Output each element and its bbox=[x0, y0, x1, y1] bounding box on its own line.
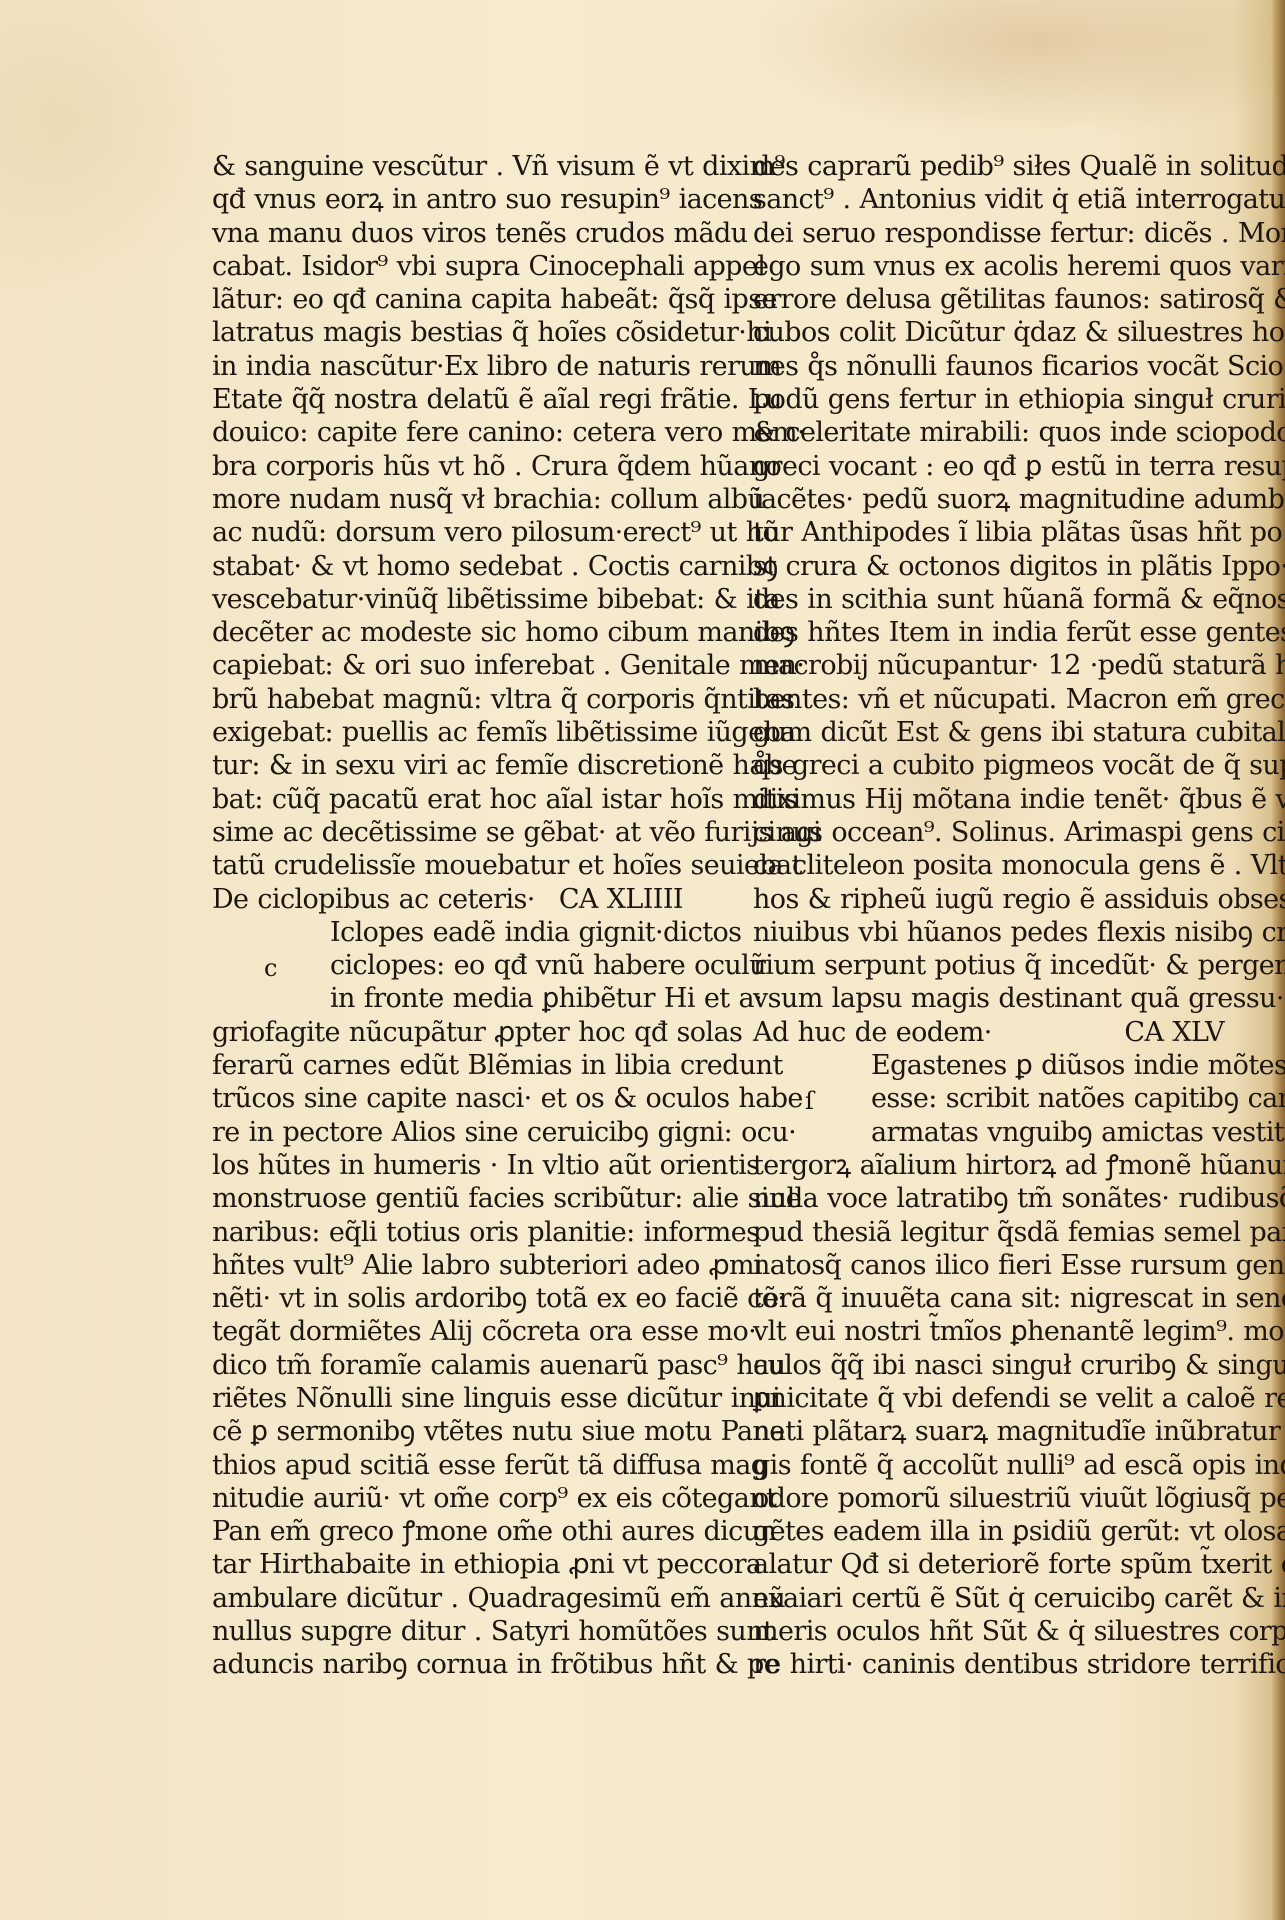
text-line: tatũ crudelissĩe mouebatur et hoĩes seui… bbox=[212, 849, 687, 882]
text-line: dico tm̃ foramĩe calamis auenarũ pasc⁹ h… bbox=[212, 1349, 687, 1382]
text-line: sanct⁹ . Antonius vidit q̇ etiã interrog… bbox=[753, 183, 1228, 216]
text-line: cabat. Isidor⁹ vbi supra Cinocephali app… bbox=[212, 250, 687, 283]
text-line: ego sum vnus ex acolis heremi quos vario bbox=[753, 250, 1228, 283]
text-line: vlt eui nostri t̃mĩos ꝑhenantẽ legim⁹. m… bbox=[753, 1315, 1228, 1348]
text-line: odore pomorũ siluestriũ viuũt lõgiusq̃ p… bbox=[753, 1482, 1228, 1515]
chapter-number: CA XLV bbox=[1124, 1016, 1228, 1049]
text-line: tur Anthipodes ĩ libia plãtas ũsas hñt p… bbox=[753, 516, 1228, 549]
text-line: greci vocant : eo qđ ꝑ estũ in terra res… bbox=[753, 450, 1228, 483]
text-line-indented: Iclopes eadẽ india gignit·dictos bbox=[212, 916, 687, 949]
text-line: ꝑnicitate q̃ vbi defendi se velit a calo… bbox=[753, 1382, 1228, 1415]
text-line-indented: Egastenes ꝑ diũsos indie mõtes bbox=[753, 1049, 1228, 1082]
text-line: cubos colit Dicũtur q̇daz & siluestres h… bbox=[753, 316, 1228, 349]
text-line: trũcos sine capite nasci· et os & oculos… bbox=[212, 1082, 687, 1115]
text-line: more nudam nusq̃ vł brachia: collum albũ bbox=[212, 483, 687, 516]
text-line: los hũtes in humeris · In vltio aũt orie… bbox=[212, 1149, 687, 1182]
text-line: ca cliteleon posita monocula gens ẽ . Vl… bbox=[753, 849, 1228, 882]
text-column-right: des caprarũ pedib⁹ siłes Qualẽ in solitu… bbox=[753, 150, 1228, 1682]
book-page: & sanguine vescũtur . Vñ visum ẽ vt dixi… bbox=[0, 0, 1285, 1920]
text-line: nulla voce latratibꝯ tm̃ sonãtes· rudibu… bbox=[753, 1182, 1228, 1215]
guide-letter: c bbox=[264, 952, 277, 985]
text-line: re hirti· caninis dentibus stridore terr… bbox=[753, 1648, 1228, 1681]
chapter-title: Ad huc de eodem· bbox=[753, 1016, 992, 1049]
chapter-opening: cIclopes eadẽ india gignit·dictosciclope… bbox=[212, 916, 687, 1016]
text-column-left: & sanguine vescũtur . Vñ visum ẽ vt dixi… bbox=[212, 150, 687, 1682]
text-line: nitudie auriũ· vt om̃e corp⁹ ex eis cõte… bbox=[212, 1482, 687, 1515]
text-line: culos q̃q̃ ibi nasci singuł cruribꝯ & si… bbox=[753, 1349, 1228, 1382]
text-line: decẽter ac modeste sic homo cibum manibꝯ bbox=[212, 616, 687, 649]
chapter-heading: Ad huc de eodem·CA XLV bbox=[753, 1016, 1228, 1049]
text-line: pud thesiã legitur q̃sdã femias semel pa… bbox=[753, 1216, 1228, 1249]
text-line: hos & ripheũ iugũ regio ẽ assiduis obses… bbox=[753, 883, 1228, 916]
text-line: meris oculos hñt Sũt & q̇ siluestres cor… bbox=[753, 1615, 1228, 1648]
text-line: re in pectore Alios sine ceruicibꝯ gigni… bbox=[212, 1116, 687, 1149]
chapter-heading: De ciclopibus ac ceteris·CA XLIIII bbox=[212, 883, 687, 916]
text-line: ac nudũ: dorsum vero pilosum·erect⁹ ut h… bbox=[212, 516, 687, 549]
text-line-indented: ciclopes: eo qđ vnũ habere oculũ bbox=[212, 949, 687, 982]
text-line: tur: & in sexu viri ac femĩe discretionẽ… bbox=[212, 749, 687, 782]
text-line: bentes: vñ et nũcupati. Macron em̃ greci… bbox=[753, 683, 1228, 716]
text-line: niuibus vbi hũanos pedes flexis nisibꝯ c… bbox=[753, 916, 1228, 949]
text-line: macrobij nũcupantur· 12 ·pedũ staturã ha… bbox=[753, 649, 1228, 682]
text-line: exaiari certũ ẽ Sũt q̇ ceruicibꝯ carẽt &… bbox=[753, 1582, 1228, 1615]
text-line: alatur Qđ si deteriorẽ forte spũm t̃xeri… bbox=[753, 1548, 1228, 1581]
text-line: monstruose gentiũ facies scribũtur: alie… bbox=[212, 1182, 687, 1215]
chapter-number: CA XLIIII bbox=[559, 883, 687, 916]
text-line: iacẽtes· pedũ suorꝝ magnitudine adumbren bbox=[753, 483, 1228, 516]
chapter-title: De ciclopibus ac ceteris· bbox=[212, 883, 535, 916]
text-line: bra corporis hũs vt hõ . Crura q̃dem hũa… bbox=[212, 450, 687, 483]
text-line: tar Hirthabaite in ethiopia ꝓni vt pecco… bbox=[212, 1548, 687, 1581]
text-line: naribus: eq̃li totius oris planitie: inf… bbox=[212, 1216, 687, 1249]
text-line: & sanguine vescũtur . Vñ visum ẽ vt dixi… bbox=[212, 150, 687, 183]
text-line: rium serpunt potius q̃ incedũt· & pergen… bbox=[753, 949, 1228, 982]
text-line: gẽtes eadem illa in ꝑsidiũ gerũt: vt olo… bbox=[753, 1515, 1228, 1548]
text-line: sime ac decẽtissime se gẽbat· at vẽo fur… bbox=[212, 816, 687, 849]
text-line: & celeritate mirabili: quos inde sciopod… bbox=[753, 416, 1228, 449]
text-line: Etate q̃q̃ nostra delatũ ẽ aĩal regi frã… bbox=[212, 383, 687, 416]
text-line: errore delusa gẽtilitas faunos: satirosq… bbox=[753, 283, 1228, 316]
text-line: des caprarũ pedib⁹ siłes Qualẽ in solitu… bbox=[753, 150, 1228, 183]
text-line: vna manu duos viros tenẽs crudos mãdu bbox=[212, 217, 687, 250]
text-line: des in scithia sunt hũanã formã & eq̃nos… bbox=[753, 583, 1228, 616]
text-line: nullus supgre ditur . Satyri homũtões su… bbox=[212, 1615, 687, 1648]
text-line: vsum lapsu magis destinant quã gressu· bbox=[753, 982, 1228, 1015]
text-line: cinus occean⁹. Solinus. Arimaspi gens ci… bbox=[753, 816, 1228, 849]
text-line: Pan em̃ greco ꝭmone om̃e othi aures dicu… bbox=[212, 1515, 687, 1548]
text-line: ambulare dicũtur . Quadragesimũ em̃ annũ bbox=[212, 1582, 687, 1615]
text-line: stabat· & vt homo sedebat . Coctis carni… bbox=[212, 550, 687, 583]
text-line: vescebatur·vinũq̃ libẽtissime bibebat: &… bbox=[212, 583, 687, 616]
text-line: tegãt dormiẽtes Alij cõcreta ora esse mo… bbox=[212, 1315, 687, 1348]
text-line: dei seruo respondisse fertur: dicẽs . Mo… bbox=[753, 217, 1228, 250]
text-line: in india nascũtur·Ex libro de naturis re… bbox=[212, 350, 687, 383]
text-line: gis fontẽ q̃ accolũt nulli⁹ ad escã opis… bbox=[753, 1449, 1228, 1482]
text-line: terã q̃ inuuẽta cana sit: nigrescat in s… bbox=[753, 1282, 1228, 1315]
text-line: aduncis naribꝯ cornua in frõtibus hñt & … bbox=[212, 1648, 687, 1681]
chapter-opening: ſEgastenes ꝑ diũsos indie mõtesesse: scr… bbox=[753, 1049, 1228, 1149]
text-line: capiebat: & ori suo inferebat . Genitale… bbox=[212, 649, 687, 682]
text-line: podũ gens fertur in ethiopia singuł crur… bbox=[753, 383, 1228, 416]
text-line: diximus Hij mõtana indie tenẽt· q̃bus ẽ … bbox=[753, 783, 1228, 816]
text-line: riẽtes Nõnulli sine linguis esse dicũtur… bbox=[212, 1382, 687, 1415]
text-line-indented: esse: scribit natões capitibꝯ caninis bbox=[753, 1082, 1228, 1115]
text-line: bat: cũq̃ pacatũ erat hoc aĩal istar hoĩ… bbox=[212, 783, 687, 816]
text-line: douico: capite fere canino: cetera vero … bbox=[212, 416, 687, 449]
text-line: q̊s greci a cubito pigmeos vocãt de q̃ s… bbox=[753, 749, 1228, 782]
text-line: tergorꝝ aĩalium hirtorꝝ ad ꝭmonẽ hũanum bbox=[753, 1149, 1228, 1182]
text-line: nati plãtarꝝ suarꝝ magnitudĩe inũbratur … bbox=[753, 1415, 1228, 1448]
text-line: cẽ ꝑ sermonibꝯ vtẽtes nutu siue motu Pan… bbox=[212, 1415, 687, 1448]
text-line: latratus magis bestias q̃ hoĩes cõsidetu… bbox=[212, 316, 687, 349]
text-line: qđ vnus eorꝝ in antro suo resupin⁹ iacen… bbox=[212, 183, 687, 216]
text-line: natosq̃ canos ilico fieri Esse rursum ge… bbox=[753, 1249, 1228, 1282]
text-line: thios apud scitiã esse ferũt tã diffusa … bbox=[212, 1449, 687, 1482]
text-line: exigebat: puellis ac femĩs libẽtissime i… bbox=[212, 716, 687, 749]
text-line-indented: in fronte media ꝑhibẽtur Hi et a· bbox=[212, 982, 687, 1015]
text-line: brũ habebat magnũ: vltra q̃ corporis q̃n… bbox=[212, 683, 687, 716]
text-line: ferarũ carnes edũt Blẽmias in libia cred… bbox=[212, 1049, 687, 1082]
text-line: lãtur: eo qđ canina capita habeãt: q̃sq̃… bbox=[212, 283, 687, 316]
text-line: hñtes vult⁹ Alie labro subteriori adeo ꝓ… bbox=[212, 1249, 687, 1282]
text-line: des hñtes Item in india ferũt esse gente… bbox=[753, 616, 1228, 649]
guide-letter: ſ bbox=[805, 1085, 813, 1118]
text-line-indented: armatas vnguibꝯ amictas vestitu bbox=[753, 1116, 1228, 1149]
text-line: nẽti· vt in solis ardoribꝯ totã ex eo fa… bbox=[212, 1282, 687, 1315]
text-line: st crura & octonos digitos in plãtis Ipp… bbox=[753, 550, 1228, 583]
text-line: gum dicũt Est & gens ibi statura cubital… bbox=[753, 716, 1228, 749]
text-line: griofagite nũcupãtur ꝓpter hoc qđ solas bbox=[212, 1016, 687, 1049]
text-line: nes q̊s nõnulli faunos ficarios vocãt Sc… bbox=[753, 350, 1228, 383]
